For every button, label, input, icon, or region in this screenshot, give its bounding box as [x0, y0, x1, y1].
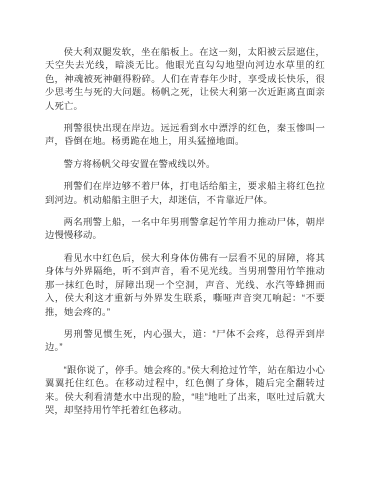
paragraph: 男刑警见惯生死，内心强大，道：“尸体不会疼，总得弄到岸边。” — [45, 328, 325, 355]
paragraph: 警方将杨帆父母安置在警戒线以外。 — [45, 158, 325, 171]
paragraph: 刑警们在岸边够不着尸体，打电话给船主，要求船主将红色拉到河边。机动船船主胆子大，… — [45, 180, 325, 207]
paragraph: 刑警很快出现在岸边。远远看到水中漂浮的红色，秦玉惨叫一声，昏倒在地。杨勇跪在地上… — [45, 122, 325, 149]
text-content: 侯大利双腿发软，坐在船板上。在这一刻，太阳被云层遮住，天空失去光线，暗淡无比。他… — [45, 46, 325, 417]
paragraph: 侯大利双腿发软，坐在船板上。在这一刻，太阳被云层遮住，天空失去光线，暗淡无比。他… — [45, 46, 325, 113]
paragraph: “跟你说了，停手。她会疼的。”侯大利抢过竹竿，站在船边小心翼翼托住红色。在移动过… — [45, 364, 325, 418]
paragraph: 看见水中红色后，侯大利身体仿佛有一层看不见的屏障，将其身体与外界隔绝，听不到声音… — [45, 252, 325, 319]
paragraph: 两名刑警上船，一名中年男刑警拿起竹竿用力推动尸体，朝岸边慢慢移动。 — [45, 216, 325, 243]
book-page: 侯大利双腿发软，坐在船板上。在这一刻，太阳被云层遮住，天空失去光线，暗淡无比。他… — [0, 0, 370, 480]
